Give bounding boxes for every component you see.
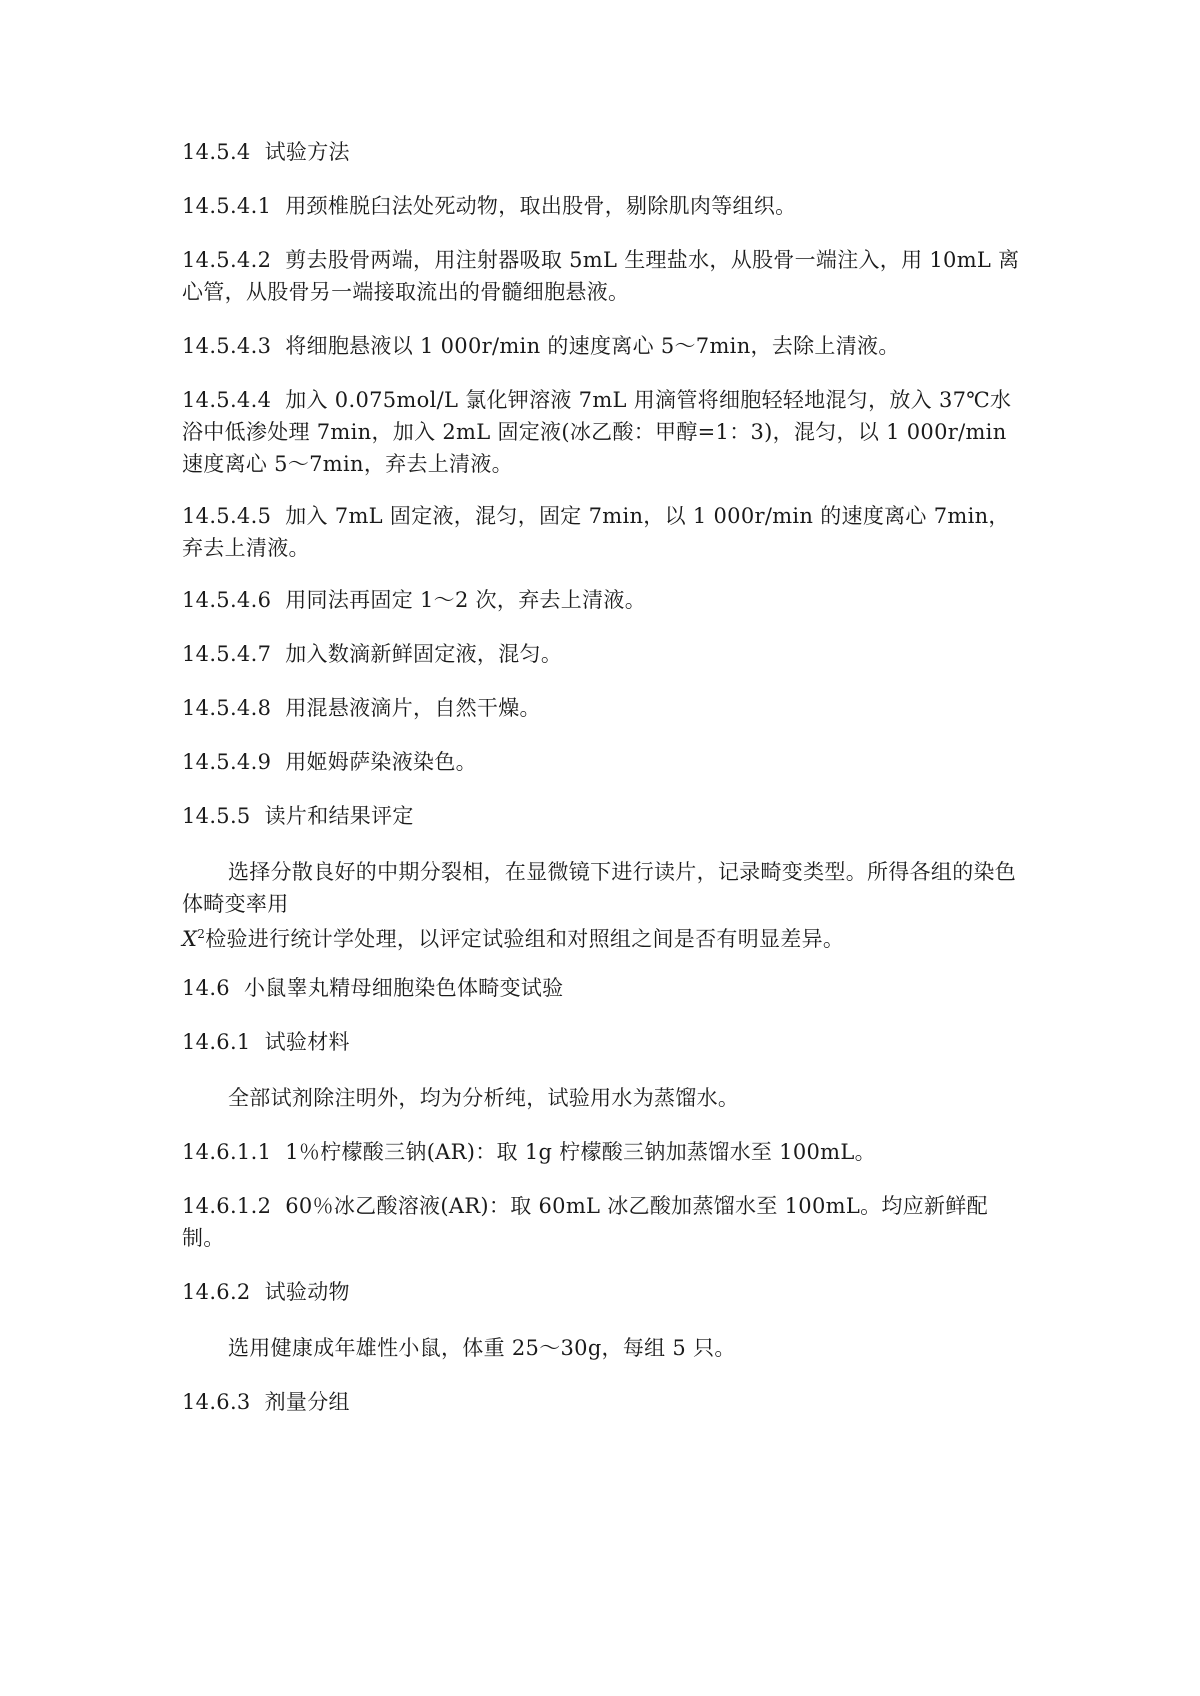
step-14-5-4-6: 14.5.4.6用同法再固定 1～2 次，弃去上清液。 <box>182 584 1022 616</box>
section-number: 14.6 <box>182 976 230 1000</box>
section-number: 14.5.5 <box>182 804 251 828</box>
step-14-5-4-3: 14.5.4.3将细胞悬液以 1 000r/min 的速度离心 5～7min，去… <box>182 330 1022 362</box>
section-heading-14-6-1: 14.6.1试验材料 <box>182 1026 1022 1058</box>
step-number: 14.5.4.6 <box>182 588 271 612</box>
step-text: 用同法再固定 1～2 次，弃去上清液。 <box>285 588 646 612</box>
chi-superscript: 2 <box>197 927 205 941</box>
step-number: 14.6.1.2 <box>182 1194 271 1218</box>
section-title: 读片和结果评定 <box>265 804 414 828</box>
step-text: 加入数滴新鲜固定液，混匀。 <box>285 642 562 666</box>
step-text: 加入 7mL 固定液，混匀，固定 7min，以 1 000r/min 的速度离心… <box>182 504 1010 560</box>
section-heading-14-6: 14.6小鼠睾丸精母细胞染色体畸变试验 <box>182 972 1022 1004</box>
step-14-5-4-5: 14.5.4.5加入 7mL 固定液，混匀，固定 7min，以 1 000r/m… <box>182 500 1022 564</box>
step-text: 用混悬液滴片，自然干燥。 <box>285 696 541 720</box>
step-text: 60％冰乙酸溶液(AR)：取 60mL 冰乙酸加蒸馏水至 100mL。均应新鲜配… <box>182 1194 988 1250</box>
body-paragraph-statistics: X2检验进行统计学处理，以评定试验组和对照组之间是否有明显差异。 <box>182 918 1022 955</box>
step-number: 14.5.4.1 <box>182 194 271 218</box>
section-number: 14.5.4 <box>182 140 251 164</box>
section-heading-14-5-5: 14.5.5读片和结果评定 <box>182 800 1022 832</box>
step-text: 1％柠檬酸三钠(AR)：取 1g 柠檬酸三钠加蒸馏水至 100mL。 <box>285 1140 876 1164</box>
section-title: 试验动物 <box>265 1280 350 1304</box>
step-number: 14.5.4.8 <box>182 696 271 720</box>
step-text: 加入 0.075mol/L 氯化钾溶液 7mL 用滴管将细胞轻轻地混匀，放入 3… <box>182 388 1011 476</box>
section-number: 14.6.2 <box>182 1280 251 1304</box>
step-14-6-1-1: 14.6.1.11％柠檬酸三钠(AR)：取 1g 柠檬酸三钠加蒸馏水至 100m… <box>182 1136 1022 1168</box>
step-14-5-4-9: 14.5.4.9用姬姆萨染液染色。 <box>182 746 1022 778</box>
body-paragraph-reading: 选择分散良好的中期分裂相，在显微镜下进行读片，记录畸变类型。所得各组的染色体畸变… <box>182 856 1022 920</box>
step-number: 14.5.4.4 <box>182 388 271 412</box>
step-text: 将细胞悬液以 1 000r/min 的速度离心 5～7min，去除上清液。 <box>285 334 899 358</box>
section-title: 试验材料 <box>265 1030 350 1054</box>
section-title: 小鼠睾丸精母细胞染色体畸变试验 <box>244 976 564 1000</box>
section-heading-14-6-3: 14.6.3剂量分组 <box>182 1386 1022 1418</box>
section-title: 剂量分组 <box>265 1390 350 1414</box>
document-page: 14.5.4试验方法 14.5.4.1用颈椎脱臼法处死动物，取出股骨，剔除肌肉等… <box>0 0 1200 1696</box>
step-14-5-4-7: 14.5.4.7加入数滴新鲜固定液，混匀。 <box>182 638 1022 670</box>
step-number: 14.5.4.9 <box>182 750 271 774</box>
step-number: 14.5.4.5 <box>182 504 271 528</box>
step-14-5-4-1: 14.5.4.1用颈椎脱臼法处死动物，取出股骨，剔除肌肉等组织。 <box>182 190 1022 222</box>
step-number: 14.5.4.7 <box>182 642 271 666</box>
step-text: 用颈椎脱臼法处死动物，取出股骨，剔除肌肉等组织。 <box>285 194 796 218</box>
step-number: 14.6.1.1 <box>182 1140 271 1164</box>
body-text: 选用健康成年雄性小鼠，体重 25～30g，每组 5 只。 <box>228 1336 736 1360</box>
step-14-5-4-2: 14.5.4.2剪去股骨两端，用注射器吸取 5mL 生理盐水，从股骨一端注入，用… <box>182 244 1022 308</box>
section-number: 14.6.1 <box>182 1030 251 1054</box>
body-paragraph-reagents: 全部试剂除注明外，均为分析纯，试验用水为蒸馏水。 <box>182 1082 1022 1114</box>
body-paragraph-animals: 选用健康成年雄性小鼠，体重 25～30g，每组 5 只。 <box>182 1332 1022 1364</box>
chi-symbol: X <box>182 927 197 951</box>
section-heading-14-5-4: 14.5.4试验方法 <box>182 136 1022 168</box>
section-number: 14.6.3 <box>182 1390 251 1414</box>
step-number: 14.5.4.3 <box>182 334 271 358</box>
body-text: 全部试剂除注明外，均为分析纯，试验用水为蒸馏水。 <box>228 1086 739 1110</box>
step-text: 剪去股骨两端，用注射器吸取 5mL 生理盐水，从股骨一端注入，用 10mL 离心… <box>182 248 1019 304</box>
step-number: 14.5.4.2 <box>182 248 271 272</box>
body-text: 检验进行统计学处理，以评定试验组和对照组之间是否有明显差异。 <box>205 927 844 951</box>
section-title: 试验方法 <box>265 140 350 164</box>
body-text: 选择分散良好的中期分裂相，在显微镜下进行读片，记录畸变类型。所得各组的染色体畸变… <box>182 860 1016 916</box>
step-14-5-4-4: 14.5.4.4加入 0.075mol/L 氯化钾溶液 7mL 用滴管将细胞轻轻… <box>182 384 1022 480</box>
section-heading-14-6-2: 14.6.2试验动物 <box>182 1276 1022 1308</box>
step-text: 用姬姆萨染液染色。 <box>285 750 477 774</box>
step-14-5-4-8: 14.5.4.8用混悬液滴片，自然干燥。 <box>182 692 1022 724</box>
step-14-6-1-2: 14.6.1.260％冰乙酸溶液(AR)：取 60mL 冰乙酸加蒸馏水至 100… <box>182 1190 1022 1254</box>
